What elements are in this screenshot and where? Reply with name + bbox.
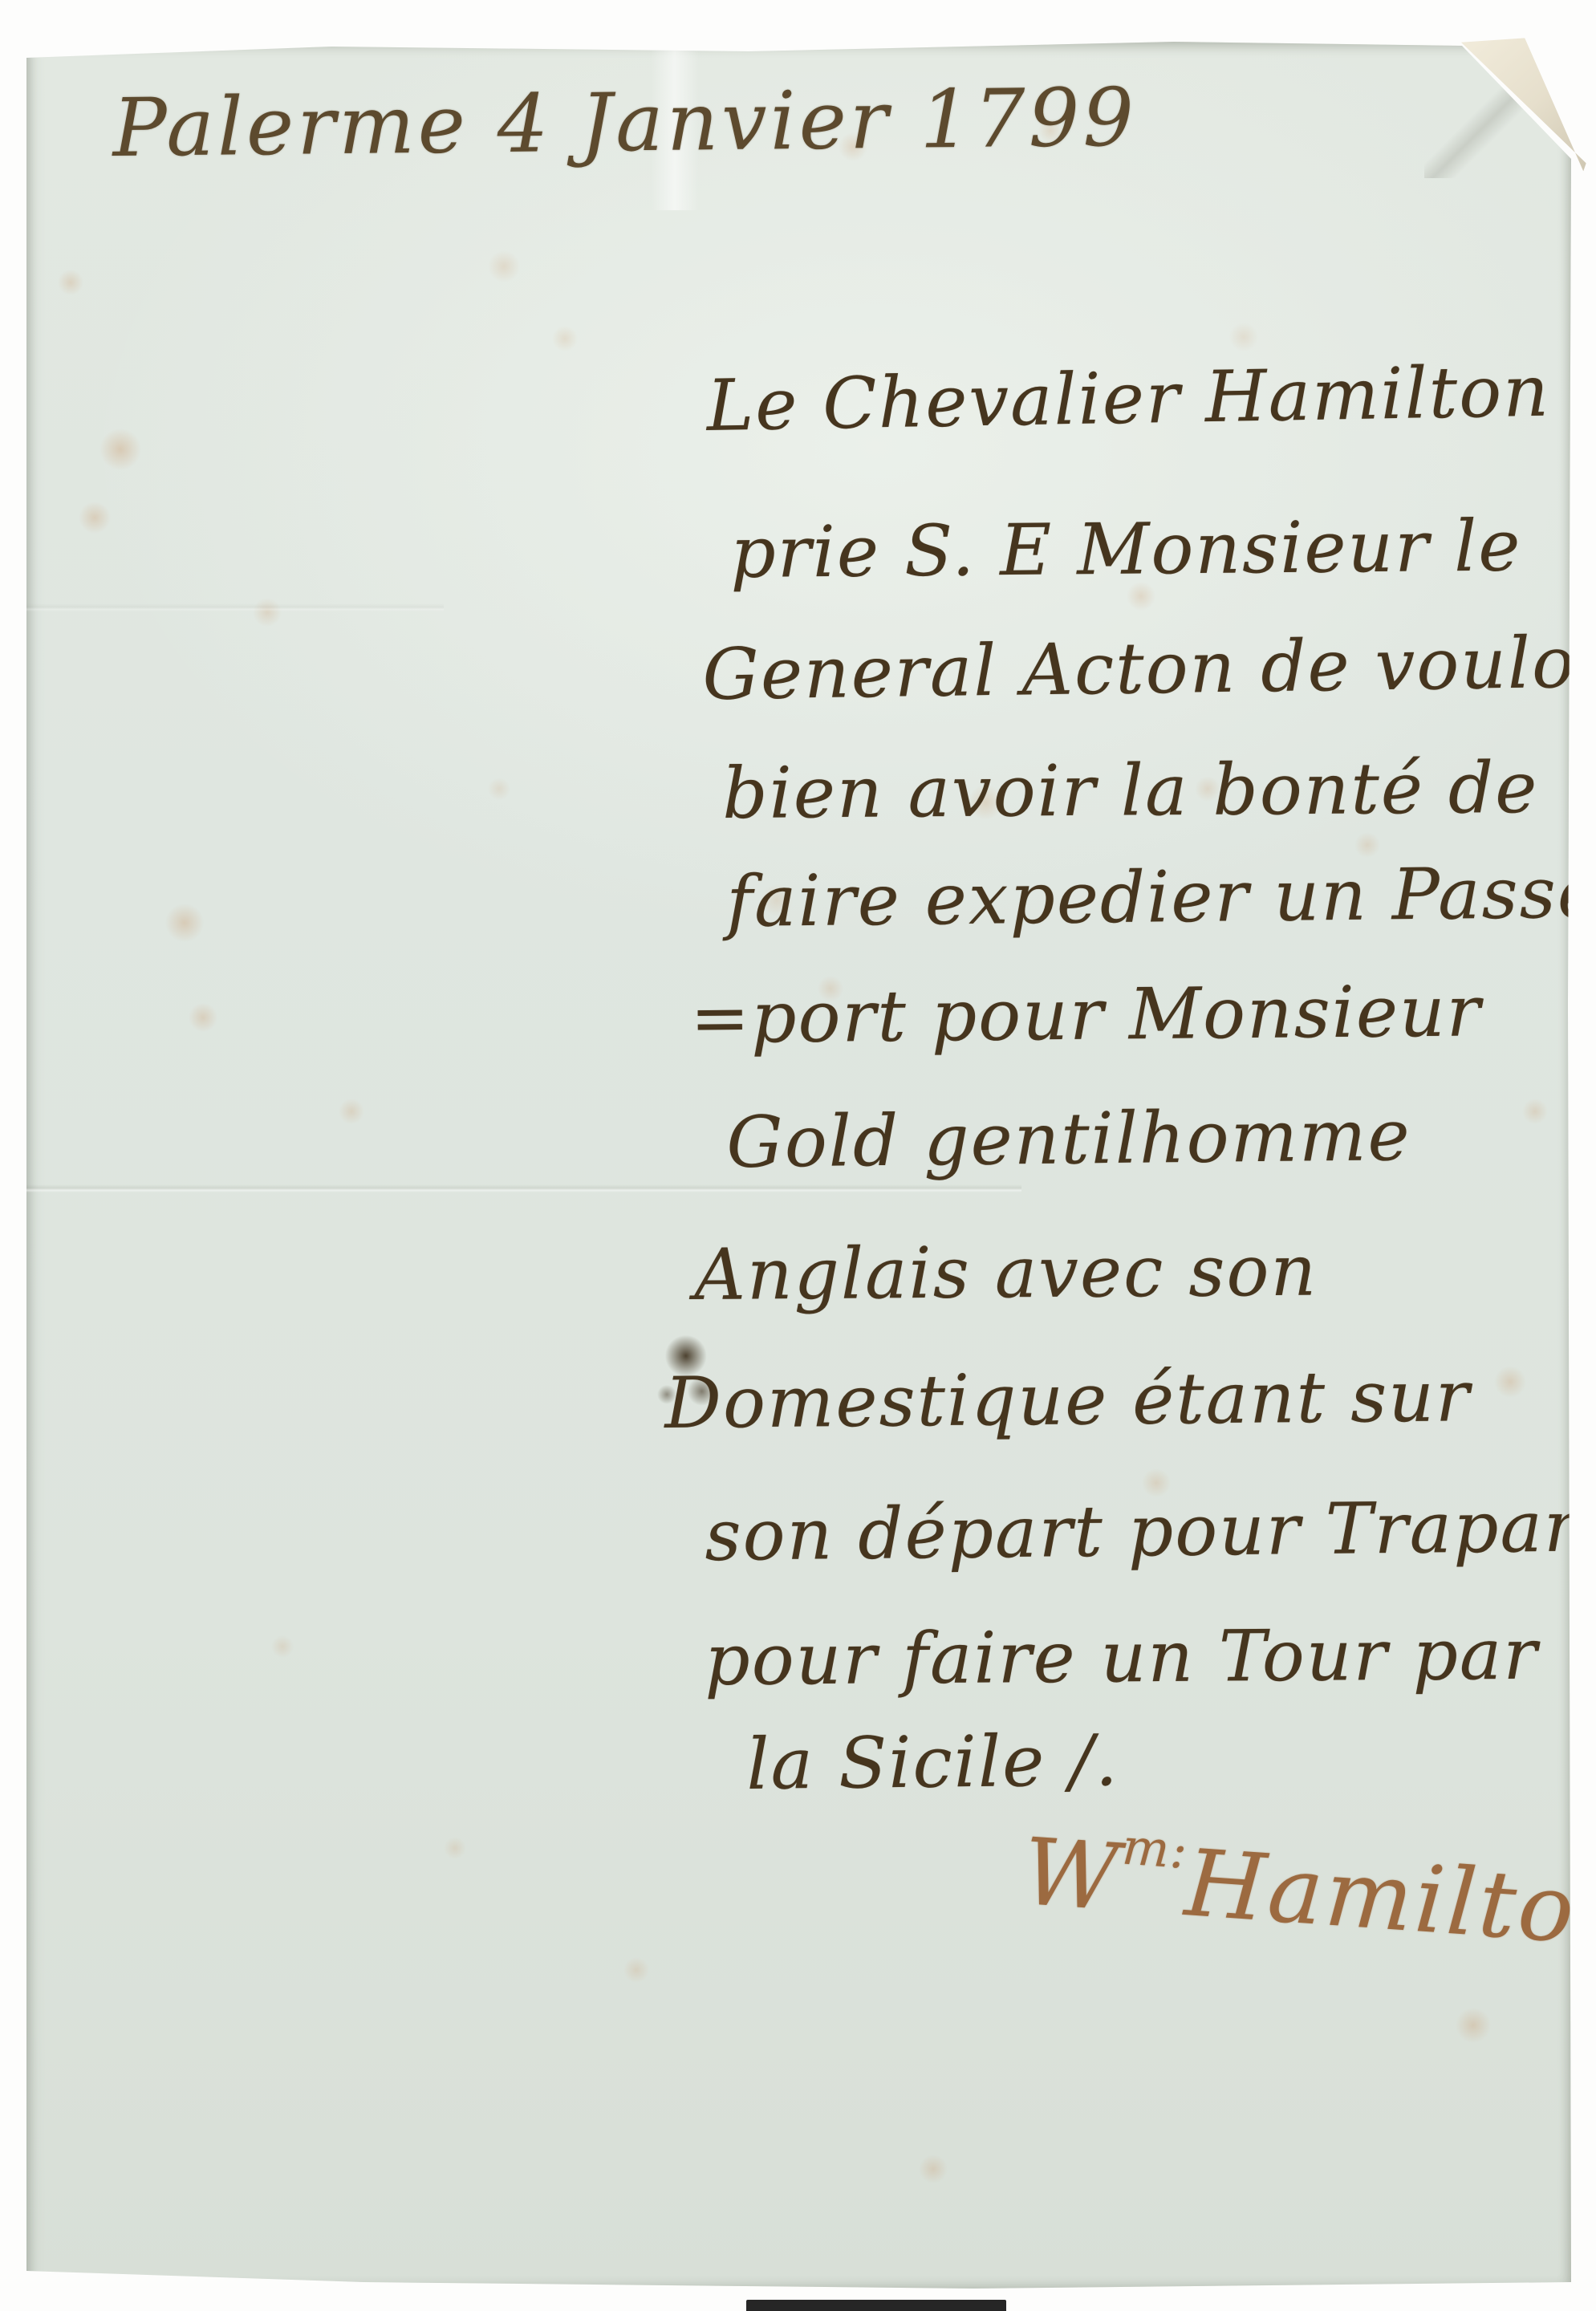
photo-backdrop: Palerme 4 Janvier 1799 Le Chevalier Hami… [0,0,1596,2311]
manuscript-line: Le Chevalier Hamilton [706,356,1551,441]
signature-initial: W [1019,1818,1123,1932]
manuscript-line: la Sicile /. [746,1725,1119,1800]
horizontal-fold-crease [26,1184,1021,1192]
manuscript-line: General Acton de vouloir [702,627,1596,710]
signature-surname: Hamilton [1182,1830,1596,1968]
manuscript-line: son départ pour Trapani [705,1491,1596,1571]
manuscript-line: pour faire un Tour par [705,1619,1539,1696]
manuscript-line: bien avoir la bonté de [722,753,1539,829]
horizontal-fold-crease [26,603,444,611]
manuscript-line: prie S. E Monsieur le [730,510,1522,588]
signature: Wm:Hamilton [1020,1815,1596,1961]
signature-superscript: m: [1120,1817,1190,1880]
letter-paper: Palerme 4 Janvier 1799 Le Chevalier Hami… [26,42,1571,2291]
manuscript-line: Anglais avec son [694,1236,1318,1310]
scan-edge-artifact [746,2300,1006,2311]
manuscript-line: =port pour Monsieur [690,976,1482,1054]
manuscript-line: Gold gentilhomme [726,1100,1411,1178]
manuscript-line: Domestique étant sur [664,1361,1471,1439]
date-line: Palerme 4 Janvier 1799 [112,78,1137,169]
manuscript-line: faire expedier un Passe [726,858,1596,937]
